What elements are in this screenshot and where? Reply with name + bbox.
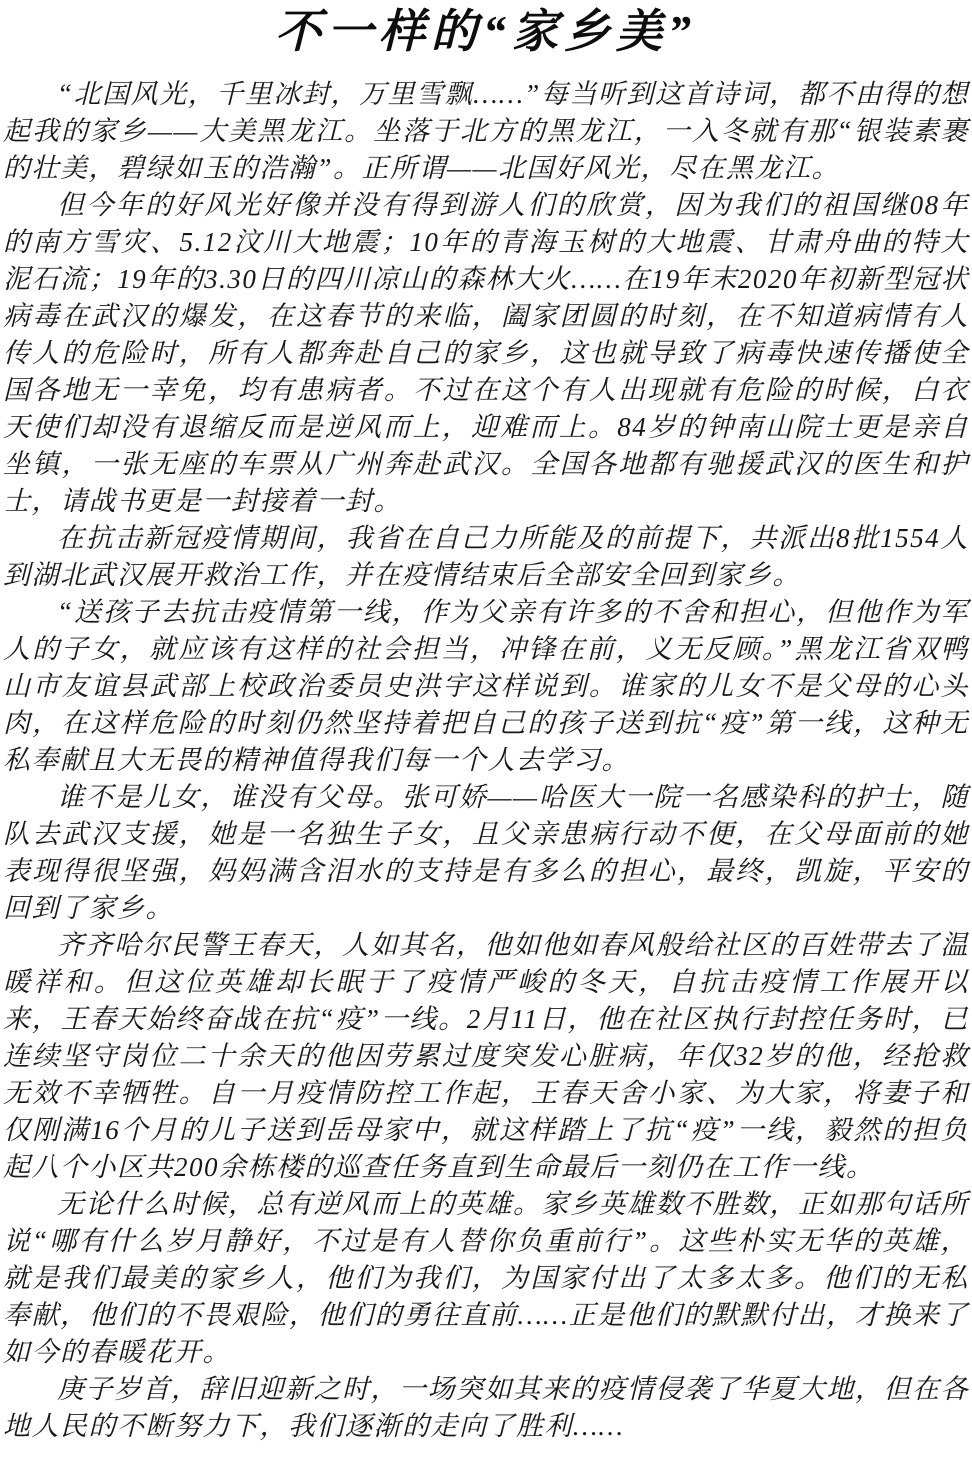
- essay-page: 不一样的“家乡美” “北国风光，千里冰封，万里雪飘……”每当听到这首诗词，都不由…: [0, 0, 972, 1459]
- paragraph-5: 谁不是儿女，谁没有父母。张可娇——哈医大一院一名感染科的护士，随队去武汉支援，她…: [3, 779, 969, 927]
- paragraph-4: “送孩子去抗击疫情第一线，作为父亲有许多的不舍和担心，但他作为军人的子女，就应该…: [3, 594, 969, 779]
- paragraph-1: “北国风光，千里冰封，万里雪飘……”每当听到这首诗词，都不由得的想起我的家乡——…: [3, 76, 969, 187]
- essay-body: “北国风光，千里冰封，万里雪飘……”每当听到这首诗词，都不由得的想起我的家乡——…: [0, 76, 972, 1445]
- paragraph-6: 齐齐哈尔民警王春天，人如其名，他如他如春风般给社区的百姓带去了温暖祥和。但这位英…: [3, 927, 969, 1186]
- paragraph-8: 庚子岁首，辞旧迎新之时，一场突如其来的疫情侵袭了华夏大地，但在各地人民的不断努力…: [3, 1371, 969, 1445]
- essay-title: 不一样的“家乡美”: [0, 4, 972, 60]
- paragraph-2: 但今年的好风光好像并没有得到游人们的欣赏，因为我们的祖国继08年的南方雪灾、5.…: [3, 187, 969, 520]
- paragraph-7: 无论什么时候，总有逆风而上的英雄。家乡英雄数不胜数，正如那句话所说“哪有什么岁月…: [3, 1186, 969, 1371]
- paragraph-3: 在抗击新冠疫情期间，我省在自己力所能及的前提下，共派出8批1554人到湖北武汉展…: [3, 520, 969, 594]
